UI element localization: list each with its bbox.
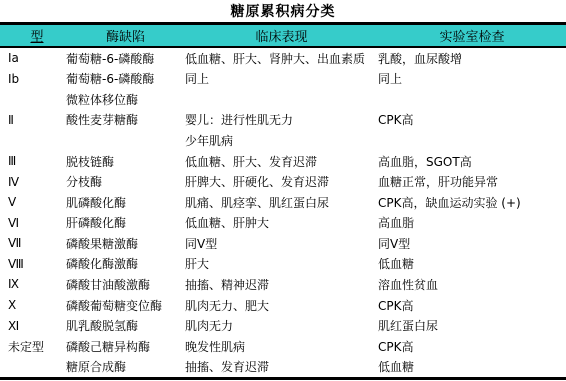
cell-lab: 低血糖 xyxy=(378,358,566,375)
classification-table: 型 酶缺陷 临床表现 实验室检查 Ⅰa 葡萄糖-6-磷酸酶 低血糖、肝大、肾肿大… xyxy=(0,22,566,380)
cell-type: Ⅲ xyxy=(8,154,66,168)
cell-lab: 溶血性贫血 xyxy=(378,276,566,293)
cell-enzyme: 微粒体移位酶 xyxy=(66,91,185,108)
header-cell-enzyme: 酶缺陷 xyxy=(66,26,185,45)
table-row: Ⅰa 葡萄糖-6-磷酸酶 低血糖、肝大、肾肿大、出血素质 乳酸，血尿酸增 xyxy=(0,48,566,69)
cell-type: Ⅵ xyxy=(8,216,66,230)
cell-clinical: 肝脾大、肝硬化、发育迟滞 xyxy=(185,173,378,190)
cell-enzyme: 糖原合成酶 xyxy=(66,358,185,375)
table-row: Ⅷ 磷酸化酶激酶 肝大 低血糖 xyxy=(0,254,566,275)
cell-enzyme: 磷酸葡萄糖变位酶 xyxy=(66,297,185,314)
cell-clinical: 肌肉无力、肥大 xyxy=(185,297,378,314)
table-row: 未定型 磷酸己糖异构酶 晚发性肌病 CPK高 xyxy=(0,336,566,357)
cell-enzyme: 葡萄糖-6-磷酸酶 xyxy=(66,50,185,67)
cell-enzyme: 分枝酶 xyxy=(66,173,185,190)
cell-enzyme: 磷酸己糖异构酶 xyxy=(66,338,185,355)
cell-lab: 高血脂 xyxy=(378,214,566,231)
cell-type: Ⅶ xyxy=(8,236,66,250)
cell-type: 未定型 xyxy=(8,338,66,355)
table-row: Ⅲ 脱枝链酶 低血糖、肝大、发育迟滞 高血脂，SGOT高 xyxy=(0,151,566,172)
cell-lab: CPK高，缺血运动实验 (+) xyxy=(378,194,566,211)
cell-lab: CPK高 xyxy=(378,111,566,128)
cell-enzyme: 磷酸甘油酸激酶 xyxy=(66,276,185,293)
cell-lab: 血糖正常，肝功能异常 xyxy=(378,173,566,190)
cell-type: Ⅹ xyxy=(8,298,66,312)
page-title: 糖原累积病分类 xyxy=(0,0,566,22)
cell-enzyme: 磷酸果糖激酶 xyxy=(66,235,185,252)
cell-clinical: 抽搐、精神迟滞 xyxy=(185,276,378,293)
table-header-row: 型 酶缺陷 临床表现 实验室检查 xyxy=(0,25,566,48)
header-cell-type: 型 xyxy=(8,26,66,45)
table-row: Ⅶ 磷酸果糖激酶 同Ⅴ型 同Ⅴ型 xyxy=(0,233,566,254)
cell-enzyme: 磷酸化酶激酶 xyxy=(66,255,185,272)
cell-lab: 低血糖 xyxy=(378,255,566,272)
cell-clinical: 少年肌病 xyxy=(185,132,378,149)
cell-lab: 高血脂，SGOT高 xyxy=(378,153,566,170)
cell-type: Ⅱ xyxy=(8,113,66,127)
table-row: Ⅳ 分枝酶 肝脾大、肝硬化、发育迟滞 血糖正常，肝功能异常 xyxy=(0,171,566,192)
cell-clinical: 晚发性肌病 xyxy=(185,338,378,355)
cell-lab: 乳酸，血尿酸增 xyxy=(378,50,566,67)
table-row: Ⅸ 磷酸甘油酸激酶 抽搐、精神迟滞 溶血性贫血 xyxy=(0,274,566,295)
cell-type: Ⅸ xyxy=(8,277,66,291)
cell-type: Ⅳ xyxy=(8,175,66,189)
table-body: Ⅰa 葡萄糖-6-磷酸酶 低血糖、肝大、肾肿大、出血素质 乳酸，血尿酸增 Ⅰb … xyxy=(0,48,566,380)
cell-clinical: 同Ⅴ型 xyxy=(185,235,378,252)
cell-enzyme: 肌磷酸化酶 xyxy=(66,194,185,211)
cell-enzyme: 肝磷酸化酶 xyxy=(66,214,185,231)
cell-clinical: 同上 xyxy=(185,70,378,87)
header-cell-clinical: 临床表现 xyxy=(185,26,378,45)
cell-enzyme: 酸性麦芽糖酶 xyxy=(66,111,185,128)
cell-type: Ⅰa xyxy=(8,51,66,65)
cell-clinical: 婴儿：进行性肌无力 xyxy=(185,111,378,128)
cell-clinical: 肝大 xyxy=(185,255,378,272)
cell-clinical: 低血糖、肝大、发育迟滞 xyxy=(185,153,378,170)
table-row: Ⅰb 葡萄糖-6-磷酸酶 同上 同上 xyxy=(0,69,566,90)
cell-clinical: 抽搐、发育迟滞 xyxy=(185,358,378,375)
table-row: 少年肌病 xyxy=(0,130,566,151)
cell-lab: CPK高 xyxy=(378,338,566,355)
cell-clinical: 肌肉无力 xyxy=(185,317,378,334)
table-row: 微粒体移位酶 xyxy=(0,89,566,110)
table-row: Ⅱ 酸性麦芽糖酶 婴儿：进行性肌无力 CPK高 xyxy=(0,110,566,131)
table-row: Ⅺ 肌乳酸脱氢酶 肌肉无力 肌红蛋白尿 xyxy=(0,315,566,336)
cell-lab: CPK高 xyxy=(378,297,566,314)
cell-type: Ⅴ xyxy=(8,195,66,209)
cell-clinical: 肌痛、肌痉挛、肌红蛋白尿 xyxy=(185,194,378,211)
cell-enzyme: 葡萄糖-6-磷酸酶 xyxy=(66,70,185,87)
cell-type: Ⅺ xyxy=(8,319,66,333)
cell-type: Ⅷ xyxy=(8,257,66,271)
header-cell-lab: 实验室检查 xyxy=(378,26,566,45)
cell-type: Ⅰb xyxy=(8,72,66,86)
cell-enzyme: 脱枝链酶 xyxy=(66,153,185,170)
cell-clinical: 低血糖、肝肿大 xyxy=(185,214,378,231)
cell-clinical: 低血糖、肝大、肾肿大、出血素质 xyxy=(185,50,378,67)
table-row: Ⅴ 肌磷酸化酶 肌痛、肌痉挛、肌红蛋白尿 CPK高，缺血运动实验 (+) xyxy=(0,192,566,213)
cell-lab: 肌红蛋白尿 xyxy=(378,317,566,334)
table-row: Ⅹ 磷酸葡萄糖变位酶 肌肉无力、肥大 CPK高 xyxy=(0,295,566,316)
table-row: 糖原合成酶 抽搐、发育迟滞 低血糖 xyxy=(0,356,566,377)
cell-enzyme: 肌乳酸脱氢酶 xyxy=(66,317,185,334)
cell-lab: 同Ⅴ型 xyxy=(378,235,566,252)
cell-lab: 同上 xyxy=(378,70,566,87)
table-row: Ⅵ 肝磷酸化酶 低血糖、肝肿大 高血脂 xyxy=(0,213,566,234)
